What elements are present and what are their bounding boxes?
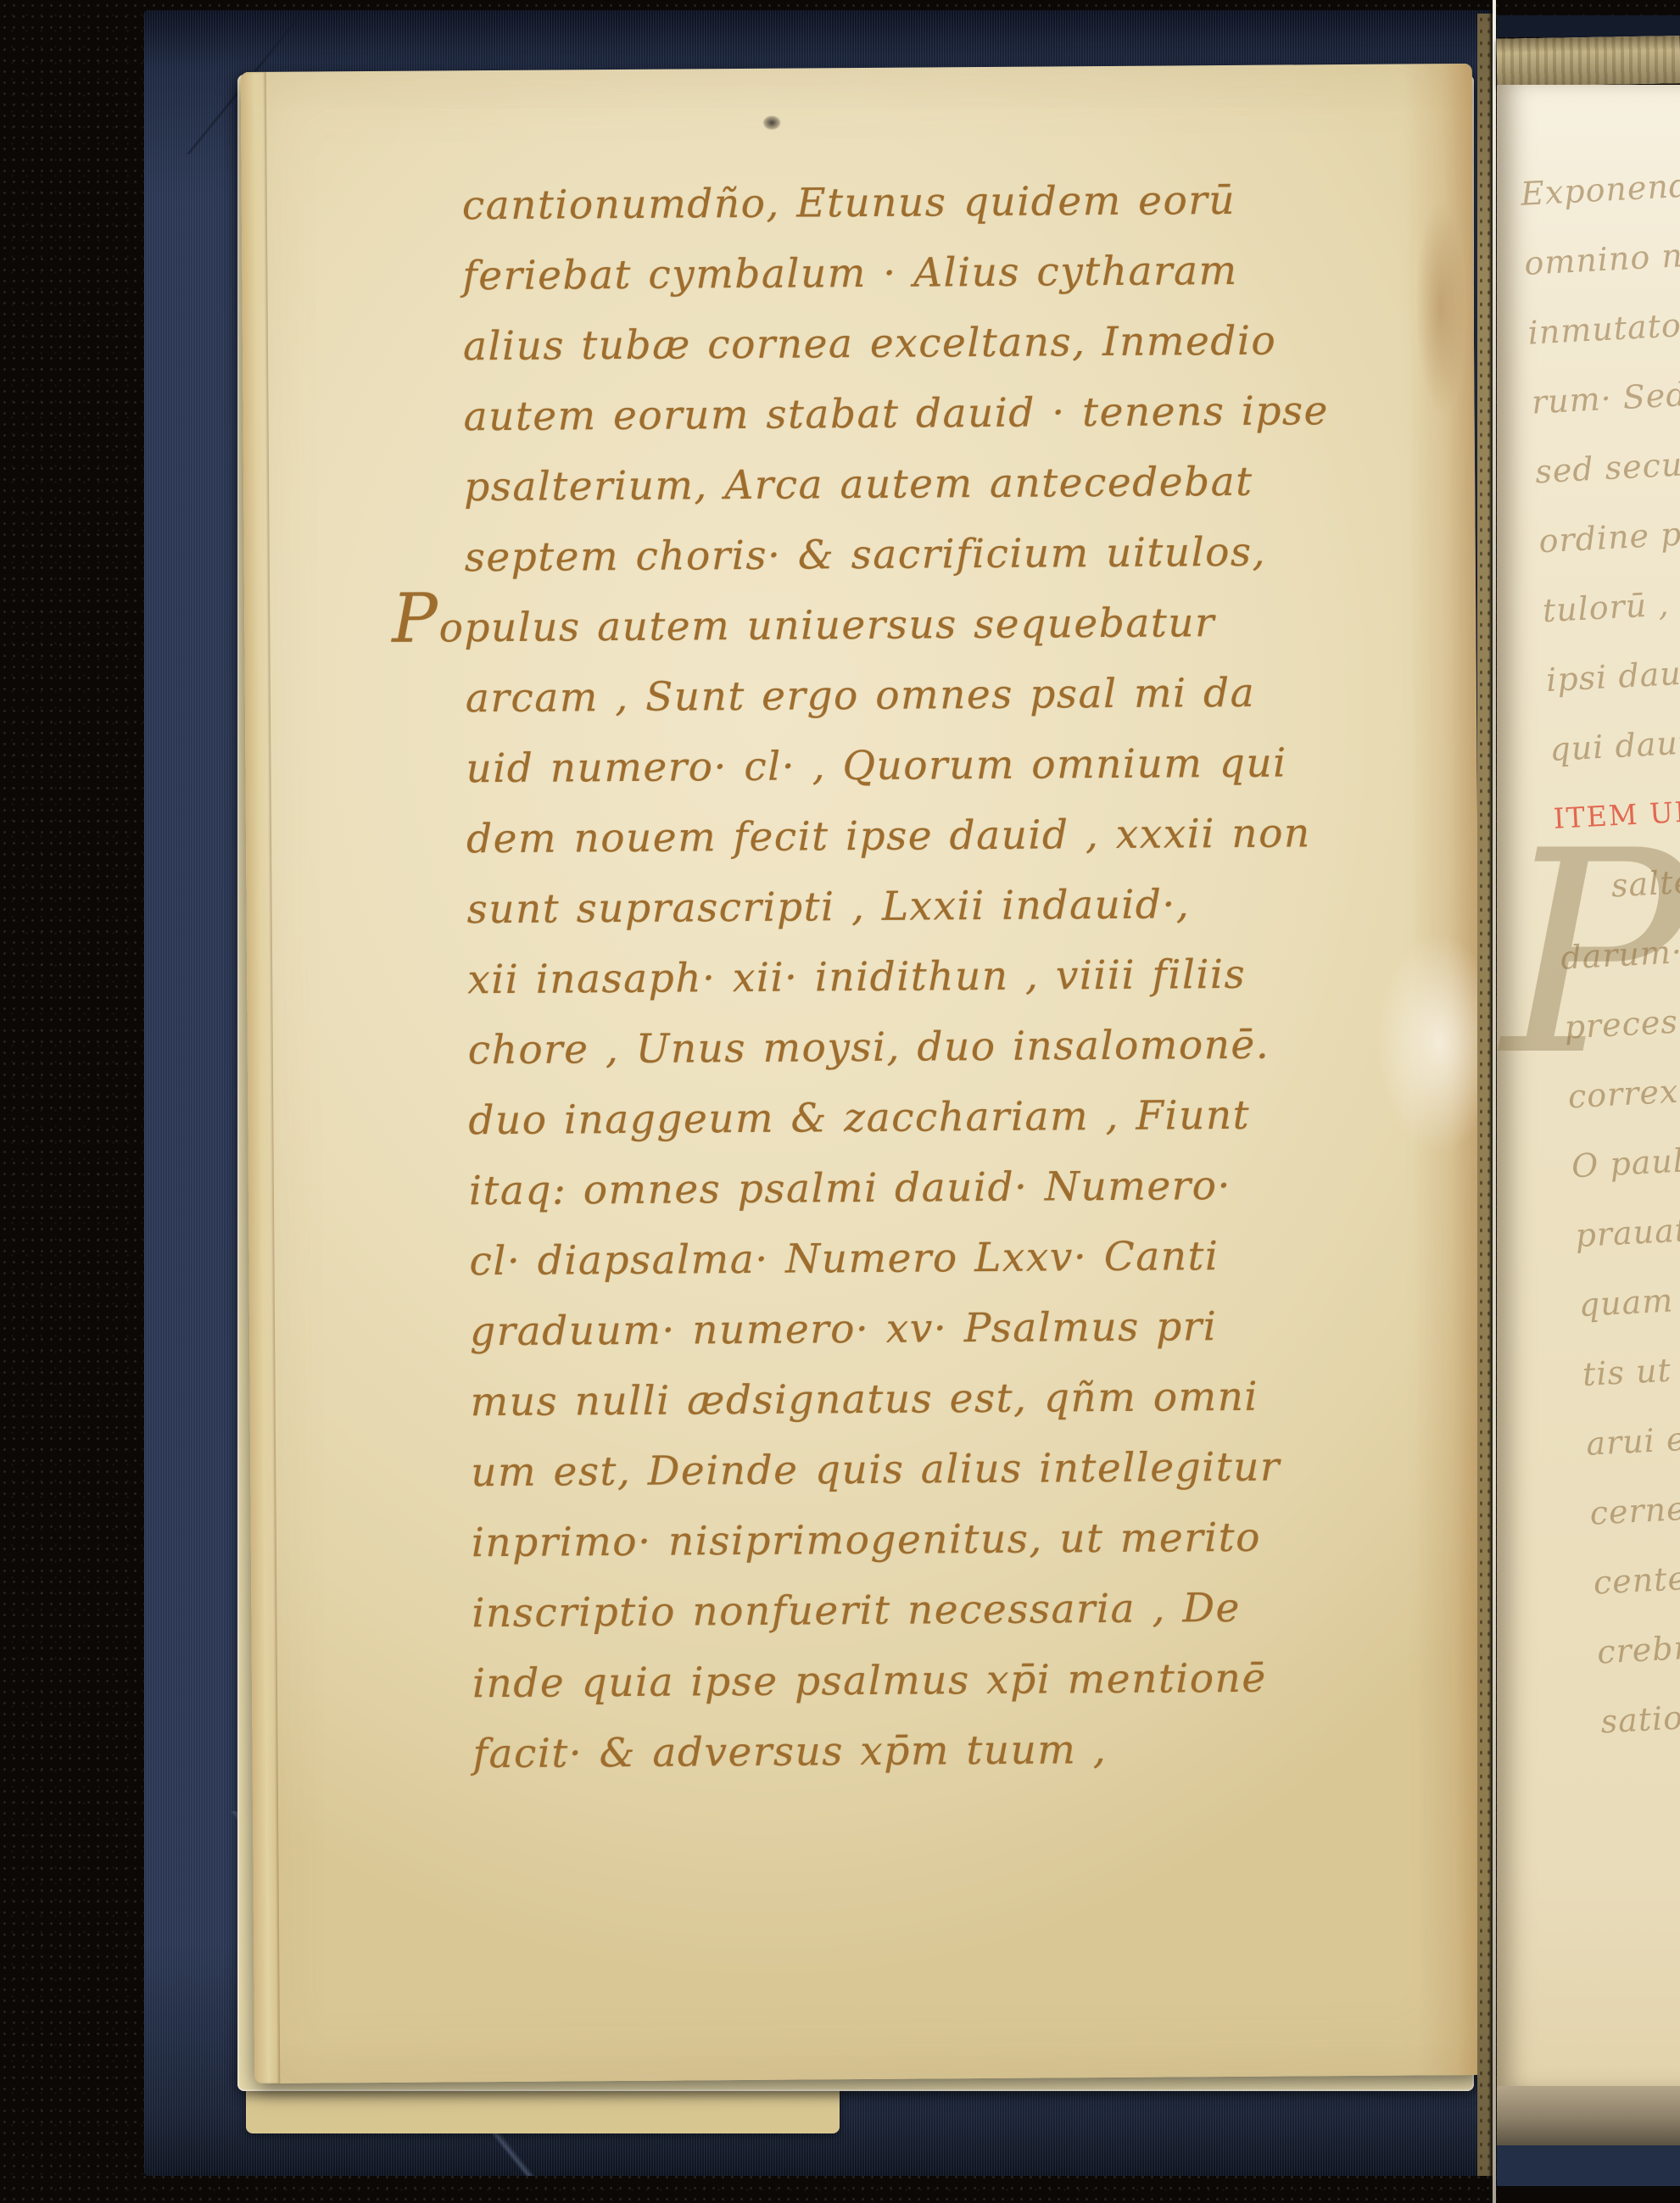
facing-leaf-black-bottom: [1497, 2186, 1680, 2203]
manuscript-line: alius tubæ cornea exceltans, Inmedio: [463, 304, 1431, 382]
facing-leaf-line: darum· & iuxta lxx in: [1559, 906, 1680, 992]
facing-leaf-parchment: P Exponendo personamomnino non habent· C…: [1497, 85, 1680, 2086]
manuscript-left-page: cantionumdño, Etunus quidem eorūferiebat…: [241, 64, 1487, 2083]
manuscript-line: chore , Unus moysi, duo insalomonē.: [468, 1008, 1436, 1085]
facing-leaf-line: Exponendo personam: [1519, 143, 1680, 229]
facing-leaf-shadow-top: [1497, 15, 1680, 37]
manuscript-line: um est, Deinde quis alius intellegitur: [471, 1431, 1438, 1508]
manuscript-line: cl· diapsalma· Numero Lxxv· Canti: [469, 1219, 1437, 1297]
manuscript-line: arcam , Sunt ergo omnes psal mi da: [466, 656, 1433, 733]
gutter-cloth-strip: [1477, 14, 1494, 2176]
manuscript-line: xii inasaph· xii· inidithun , viiii fili…: [467, 938, 1435, 1015]
photo-stage: cantionumdño, Etunus quidem eorūferiebat…: [0, 0, 1680, 2203]
manuscript-line: mus nulli ædsignatus est, qñm omni: [470, 1360, 1437, 1437]
manuscript-line: Populus autem uniuersus sequebatur: [392, 586, 1432, 664]
manuscript-text-block: cantionumdño, Etunus quidem eorūferiebat…: [462, 164, 1440, 1789]
manuscript-line: itaq: omnes psalmi dauid· Numero·: [469, 1149, 1437, 1226]
binding-tape-band: [1497, 36, 1680, 86]
ink-blot: [763, 116, 780, 130]
facing-leaf-bottom-shadow: [1497, 2086, 1680, 2145]
manuscript-line: autem eorum stabat dauid · tenens ipse: [463, 375, 1431, 452]
manuscript-line: graduum· numero· xv· Psalmus pri: [470, 1290, 1437, 1367]
facing-leaf: P Exponendo personamomnino non habent· C…: [1497, 15, 1680, 2203]
manuscript-line: feriebat cymbalum · Alius cytharam: [462, 234, 1430, 311]
manuscript-line: septem choris· & sacrificium uitulos,: [464, 516, 1432, 593]
manuscript-line: cantionumdño, Etunus quidem eorū: [462, 164, 1430, 241]
manuscript-line: inde quia ipse psalmus xp̄i mentionē: [472, 1642, 1440, 1719]
manuscript-line: uid numero· cl· , Quorum omnium qui: [466, 727, 1433, 804]
facing-leaf-cloth-bottom: [1497, 2145, 1680, 2186]
manuscript-line: facit· & adversus xp̄m tuum ,: [472, 1712, 1440, 1789]
manuscript-line: dem nouem fecit ipse dauid , xxxii non: [466, 797, 1434, 874]
manuscript-line: psalterium, Arca autem antecedebat: [464, 445, 1432, 522]
manuscript-line: inscriptio nonfuerit necessaria , De: [472, 1571, 1439, 1648]
manuscript-line: inprimo· nisiprimogenitus, ut merito: [472, 1501, 1439, 1578]
manuscript-line: sunt suprascripti , Lxxii indauid·,: [466, 867, 1434, 945]
manuscript-line: duo inaggeum & zacchariam , Fiunt: [468, 1079, 1436, 1156]
glass-edge-line: [1493, 0, 1496, 2203]
